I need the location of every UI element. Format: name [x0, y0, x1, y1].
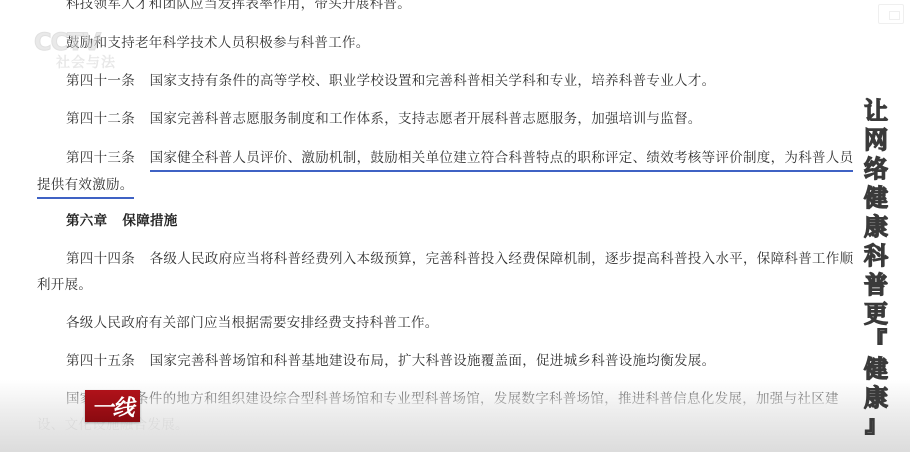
article-number: 第四十三条	[66, 150, 135, 166]
title-char: 更	[864, 299, 888, 328]
article-number: 第四十二条	[66, 111, 135, 127]
article-text: 国家支持有条件的高等学校、职业学校设置和完善科普相关学科和专业，培养科普专业人才…	[150, 73, 716, 89]
title-char: 普	[864, 270, 888, 299]
title-char: 康	[864, 383, 888, 412]
highlighted-text: 提供有效激励。	[37, 177, 134, 199]
program-badge: 一线	[85, 390, 140, 422]
title-char: 康	[864, 212, 888, 241]
picture-in-picture-icon[interactable]	[878, 4, 904, 24]
paragraph-text: 鼓励和支持老年科学技术人员积极参与科普工作。	[66, 35, 370, 51]
vertical-title: 让 网 络 健 康 科 普 更 『 健 康 』	[856, 96, 896, 438]
article-number: 第四十一条	[66, 73, 135, 89]
paragraph-line: 科技领军人才和团队应当发挥表率作用，带头开展科普。	[66, 0, 411, 13]
article-text: 国家完善科普场馆和科普基地建设布局，扩大科普设施覆盖面，促进城乡科普设施均衡发展…	[150, 353, 716, 369]
title-char: 让	[864, 96, 888, 125]
article-text: 国家完善科普志愿服务制度和工作体系，支持志愿者开展科普志愿服务，加强培训与监督。	[150, 111, 702, 127]
paragraph-text: 科技领军人才和团队应当发挥表率作用，带头开展科普。	[66, 0, 411, 12]
chapter-title: 保障措施	[122, 213, 177, 229]
title-char: 科	[864, 241, 888, 270]
article-43-continuation: 提供有效激励。	[37, 176, 134, 194]
chapter-number: 第六章	[66, 213, 107, 229]
article-41: 第四十一条 国家支持有条件的高等学校、职业学校设置和完善科普相关学科和专业，培养…	[66, 72, 715, 90]
article-text: 利开展。	[37, 277, 92, 293]
article-43: 第四十三条 国家健全科普人员评价、激励机制，鼓励相关单位建立符合科普特点的职称评…	[66, 149, 853, 167]
paragraph-line: 各级人民政府有关部门应当根据需要安排经费支持科普工作。	[66, 314, 439, 332]
article-number: 第四十五条	[66, 353, 135, 369]
badge-label: 一线	[91, 391, 133, 422]
article-44: 第四十四条 各级人民政府应当将科普经费列入本级预算，完善科普投入经费保障机制，逐…	[66, 250, 853, 268]
title-bracket-close: 』	[865, 412, 887, 438]
article-text: 各级人民政府应当将科普经费列入本级预算，完善科普投入经费保障机制，逐步提高科普投…	[150, 251, 854, 267]
title-bracket-open: 『	[865, 328, 887, 354]
article-42: 第四十二条 国家完善科普志愿服务制度和工作体系，支持志愿者开展科普志愿服务，加强…	[66, 110, 702, 128]
title-char: 健	[864, 183, 888, 212]
paragraph-text: 国家鼓励有条件的地方和组织建设综合型科普场馆和专业型科普场馆，发展数字科普场馆，…	[66, 391, 839, 407]
title-char: 络	[864, 154, 888, 183]
title-char: 网	[864, 125, 888, 154]
document-page: 科技领军人才和团队应当发挥表率作用，带头开展科普。 鼓励和支持老年科学技术人员积…	[0, 0, 910, 452]
chapter-heading: 第六章 保障措施	[66, 212, 178, 230]
title-char: 健	[864, 354, 888, 383]
paragraph-line: 国家鼓励有条件的地方和组织建设综合型科普场馆和专业型科普场馆，发展数字科普场馆，…	[66, 390, 839, 408]
article-45: 第四十五条 国家完善科普场馆和科普基地建设布局，扩大科普设施覆盖面，促进城乡科普…	[66, 352, 715, 370]
highlighted-text: 国家健全科普人员评价、激励机制，鼓励相关单位建立符合科普特点的职称评定、绩效考核…	[150, 150, 854, 172]
article-number: 第四十四条	[66, 251, 135, 267]
article-44-continuation: 利开展。	[37, 276, 92, 294]
paragraph-line: 鼓励和支持老年科学技术人员积极参与科普工作。	[66, 34, 370, 52]
paragraph-text: 各级人民政府有关部门应当根据需要安排经费支持科普工作。	[66, 315, 439, 331]
